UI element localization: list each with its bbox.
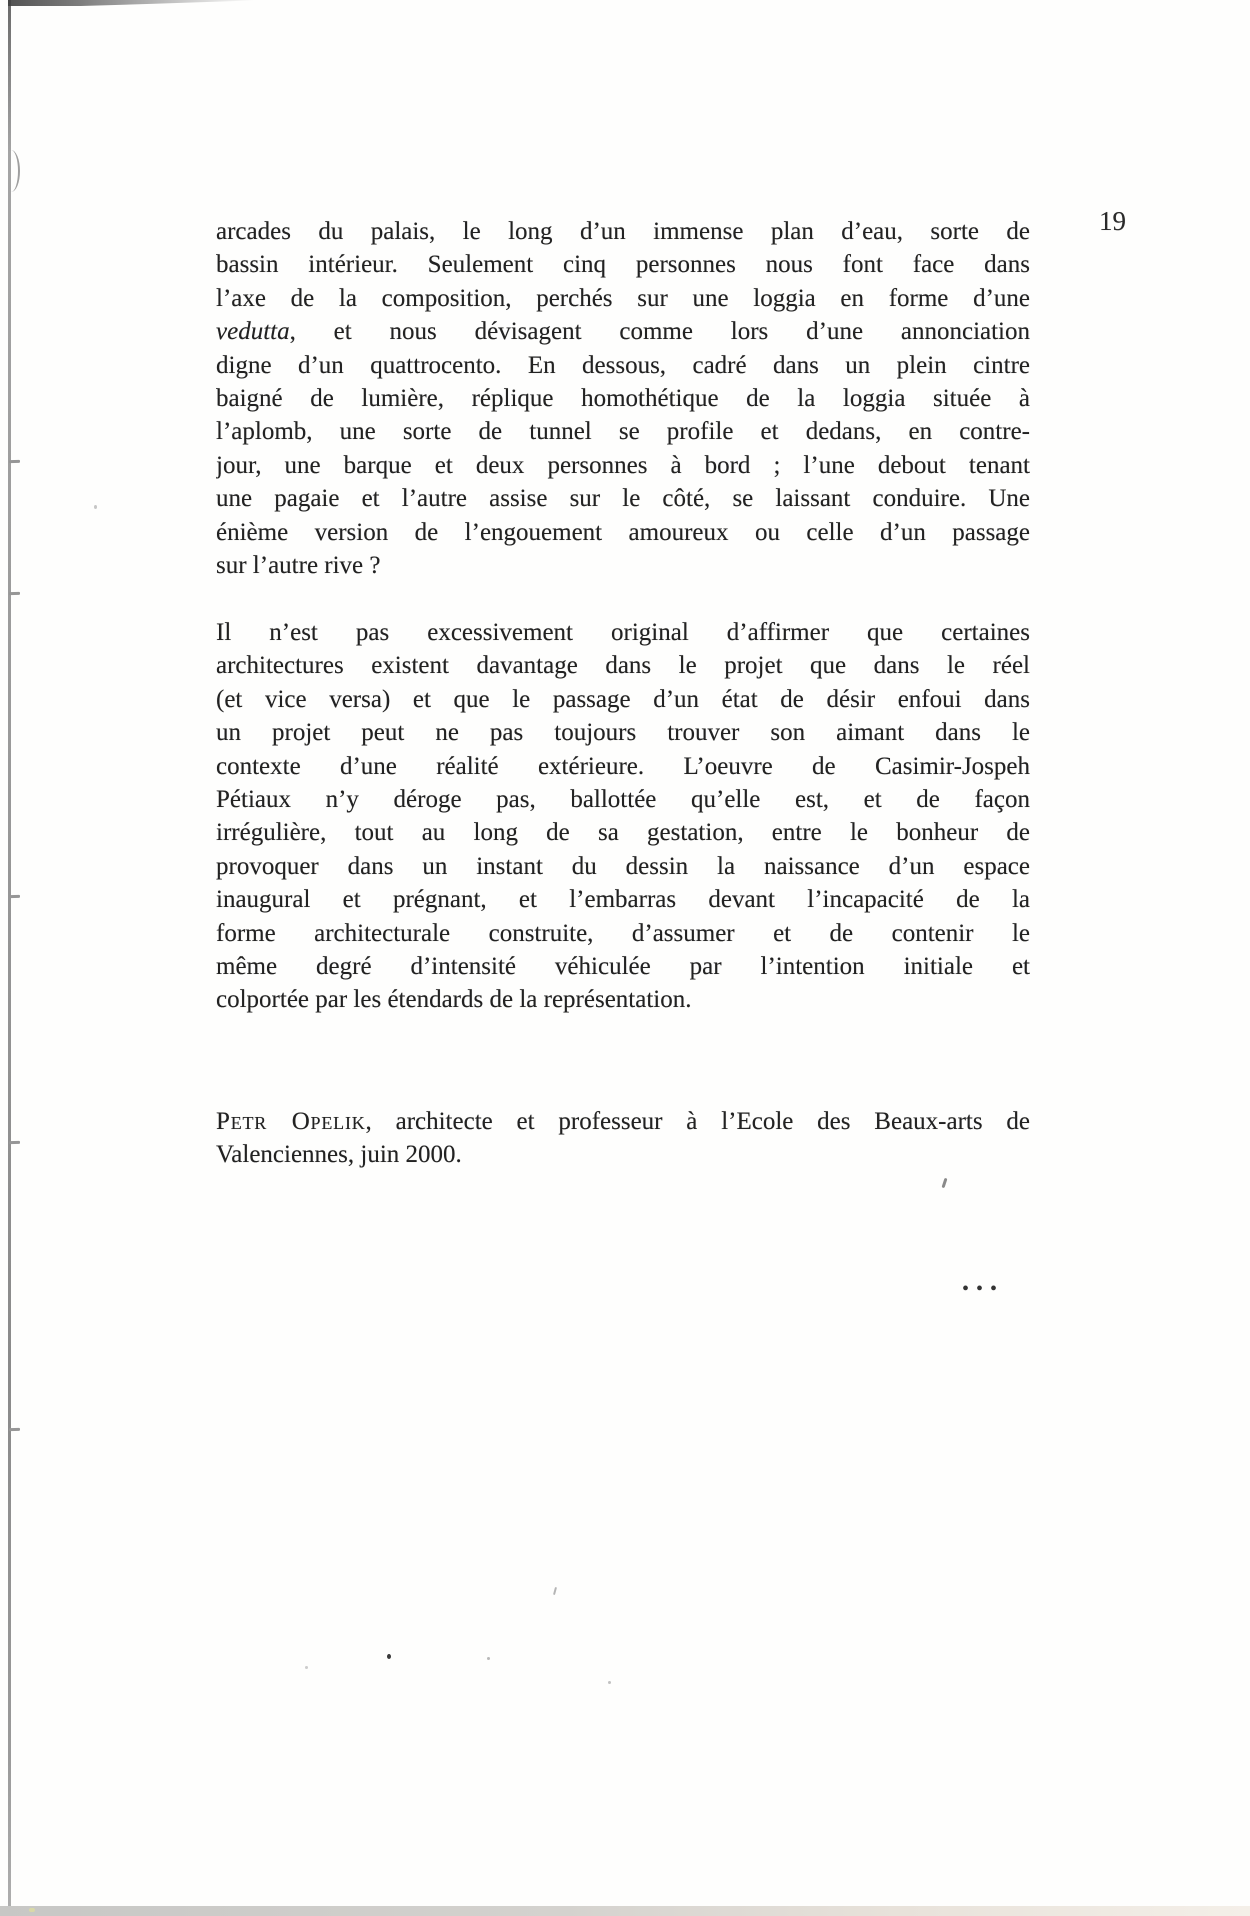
text-line: sur l’autre rive ?	[216, 549, 1030, 582]
text-line: un projet peut ne pas toujours trouver s…	[216, 716, 1030, 749]
scan-speck	[553, 1587, 557, 1595]
text-line: forme architecturale construite, d’assum…	[216, 917, 1030, 950]
text-line: l’aplomb, une sorte de tunnel se profile…	[216, 415, 1030, 448]
paragraph-2: Il n’est pas excessivement original d’af…	[216, 616, 1030, 1017]
text-line: Valenciennes, juin 2000.	[216, 1138, 1030, 1171]
text-line: (et vice versa) et que le passage d’un é…	[216, 683, 1030, 716]
scan-top-shadow	[8, 0, 268, 6]
text-line: Petr Opelik, architecte et professeur à …	[216, 1105, 1030, 1138]
text-line: baigné de lumière, réplique homothétique…	[216, 382, 1030, 415]
binding-tick	[9, 460, 20, 463]
binding-tick	[9, 1428, 20, 1431]
text-line: colportée par les étendards de la représ…	[216, 983, 1030, 1016]
scan-speck	[608, 1681, 611, 1684]
text-line: contexte d’une réalité extérieure. L’oeu…	[216, 750, 1030, 783]
text-line: vedutta, et nous dévisagent comme lors d…	[216, 315, 1030, 348]
text-line: digne d’un quattrocento. En dessous, cad…	[216, 349, 1030, 382]
text-line: bassin intérieur. Seulement cinq personn…	[216, 248, 1030, 281]
text-line: énième version de l’engouement amoureux …	[216, 516, 1030, 549]
binding-tick	[9, 895, 20, 898]
paragraph-1: arcades du palais, le long d’un immense …	[216, 215, 1030, 582]
end-of-text-dots: •••	[962, 1279, 1032, 1299]
text-line: architectures existent davantage dans le…	[216, 649, 1030, 682]
author-signature: Petr Opelik, architecte et professeur à …	[216, 1105, 1030, 1172]
text-line: provoquer dans un instant du dessin la n…	[216, 850, 1030, 883]
text-line: Pétiaux n’y déroge pas, ballottée qu’ell…	[216, 783, 1030, 816]
binding-curl-mark	[9, 150, 20, 192]
scan-speck	[305, 1666, 308, 1669]
page-left-edge	[8, 0, 11, 1908]
scan-bottom-edge	[0, 1906, 1250, 1916]
text-line: même degré d’intensité véhiculée par l’i…	[216, 950, 1030, 983]
text-line: jour, une barque et deux personnes à bor…	[216, 449, 1030, 482]
scan-speck	[94, 505, 97, 509]
text-line: l’axe de la composition, perchés sur une…	[216, 282, 1030, 315]
binding-tick	[9, 592, 20, 595]
text-line: inaugural et prégnant, et l’embarras dev…	[216, 883, 1030, 916]
text-line: arcades du palais, le long d’un immense …	[216, 215, 1030, 248]
text-line: une pagaie et l’autre assise sur le côté…	[216, 482, 1030, 515]
text-line: Il n’est pas excessivement original d’af…	[216, 616, 1030, 649]
scan-speck	[942, 1178, 948, 1188]
scanned-page: 19 arcades du palais, le long d’un immen…	[0, 0, 1250, 1916]
text-line: irrégulière, tout au long de sa gestatio…	[216, 816, 1030, 849]
scan-speck	[487, 1657, 490, 1660]
scan-speck	[387, 1654, 391, 1659]
page-number: 19	[1099, 206, 1126, 237]
binding-tick	[9, 1141, 20, 1144]
scan-speck	[29, 1908, 35, 1912]
